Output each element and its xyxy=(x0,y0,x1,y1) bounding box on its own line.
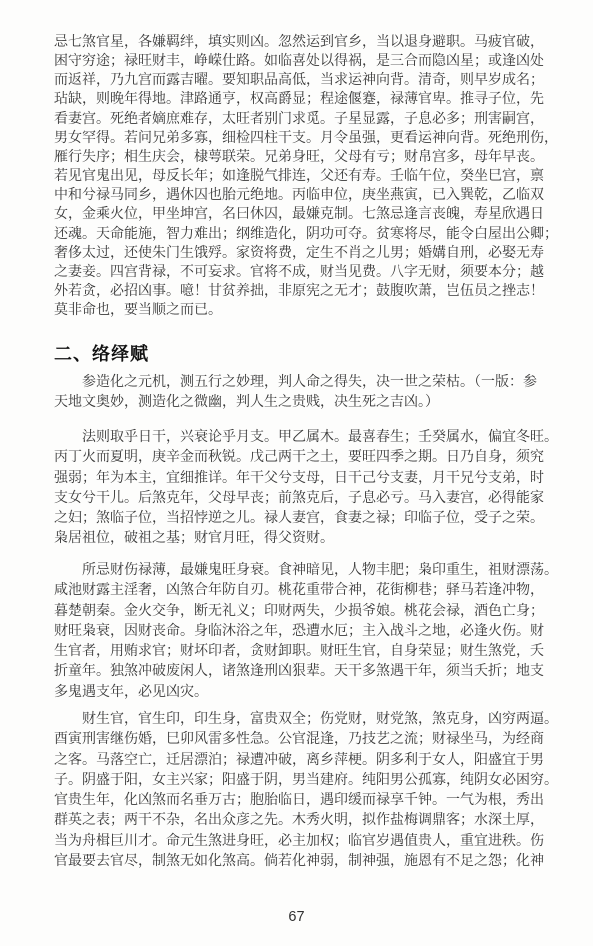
text-line: 天地文奥妙，测造化之微幽，判人生之贵贱，决生死之吉凶。） xyxy=(54,393,546,413)
text-line: 当为舟楫巨川才。命元生煞进身旺，必主加权；临官岁遇值贵人，重宜进秩。伤 xyxy=(54,832,546,852)
text-line: 支女兮干儿。后煞克年，父母早丧；前煞克后，子息必亏。马入妻宫，必得能家 xyxy=(54,489,546,509)
text-line: 财旺枭衰，因财丧命。身临沐浴之年，恐遭水厄；主入战斗之地，必逢火伤。财 xyxy=(54,622,546,642)
text-line: 咸池财露主淫奢，凶煞合年防自刃。桃花重带合神，花街柳巷；驿马若逢冲物， xyxy=(54,581,546,601)
paragraph-taboos: 所忌财伤禄薄，最嫌鬼旺身衰。食神暗见，人物丰肥；枭印重生，祖财漂荡。咸池财露主淫… xyxy=(54,561,546,703)
text-line: 枭居祖位，破祖之基；财官月旺，得父资财。 xyxy=(54,529,546,549)
text-line: 群英之表；两干不杂，名出众彦之先。木秀火明，拟作盐梅调鼎客；水深土厚， xyxy=(54,811,546,831)
text-line: 官最要去官尽，制煞无如化煞高。倘若化神弱，制神强，施恩有不足之怨；化神 xyxy=(54,852,546,872)
text-line: 若见官鬼出见，母反长年；如逢脱气排连，父还有寿。壬临午位，癸坐巳宫，禀 xyxy=(54,167,546,186)
text-line: 之妇；煞临子位，当招悖逆之儿。禄人妻宫，食妻之禄；印临子位，受子之荣。 xyxy=(54,509,546,529)
text-line: 莫非命也，要当顺之而已。 xyxy=(54,301,546,320)
text-line: 忌七煞官星，各嫌羁绊，填实则凶。忽然运到官乡，当以退身避职。马疲官破， xyxy=(54,33,546,52)
book-page: 忌七煞官星，各嫌羁绊，填实则凶。忽然运到官乡，当以退身避职。马疲官破，困守穷途；… xyxy=(0,0,593,946)
paragraph-intro: 参造化之元机，测五行之妙理，判人命之得失，决一世之荣枯。（一版：参天地文奥妙，测… xyxy=(54,373,546,414)
text-line: 男女罕得。若问兄弟多寡，细检四柱干支。月令虽强，更看运神向背。死绝刑伤， xyxy=(54,129,546,148)
text-line: 多鬼遇支年，必见凶灾。 xyxy=(54,683,546,703)
section-heading: 二、络绎赋 xyxy=(54,340,149,366)
text-line: 强弱；年为本主，宜细推详。年干父兮支母，日干己兮支妻，月干兄兮支弟，时 xyxy=(54,469,546,489)
text-line: 而返祥，乃九宫而露吉曜。要知职品高低，当求运神向背。清奇，则早岁成名； xyxy=(54,71,546,90)
text-line: 所忌财伤禄薄，最嫌鬼旺身衰。食神暗见，人物丰肥；枭印重生，祖财漂荡。 xyxy=(54,561,546,581)
paragraph-continued: 忌七煞官星，各嫌羁绊，填实则凶。忽然运到官乡，当以退身避职。马疲官破，困守穷途；… xyxy=(54,33,546,320)
text-line: 财生官，官生印，印生身，富贵双全；伤党财，财党煞，煞克身，凶穷两逼。 xyxy=(54,710,546,730)
paragraph-rules: 法则取乎日干，兴衰论乎月支。甲乙属木。最喜春生；壬癸属水，偏宜冬旺。丙丁火而夏明… xyxy=(54,428,546,550)
text-line: 之妻妾。四宫背禄，不可妄求。官将不成，财当见费。八字无财，须要本分；越 xyxy=(54,263,546,282)
text-line: 女，金乘火位，甲坐坤宫，名曰休囚，最嫌克制。七煞忌逢言丧魄，寿星欣遇日 xyxy=(54,205,546,224)
text-line: 法则取乎日干，兴衰论乎月支。甲乙属木。最喜春生；壬癸属水，偏宜冬旺。 xyxy=(54,428,546,448)
page-number: 67 xyxy=(0,909,593,925)
text-line: 生官者，用贿求官；财坏印者，贪财卸职。财旺生官，自身荣显；财生煞党，夭 xyxy=(54,642,546,662)
text-line: 中和兮禄马同乡，遇休囚也胎元绝地。丙临申位，庚坐燕寅，已入巽乾，乙临双 xyxy=(54,186,546,205)
text-line: 酉寅刑害继伤婚，巳卯风雷多性急。公官混逢，乃技艺之流；财禄坐马，为经商 xyxy=(54,730,546,750)
text-line: 之客。马落空亡，迁居漂泊；禄遭冲破，离乡萍梗。阴多利于女人，阳盛宜于男 xyxy=(54,751,546,771)
text-line: 玷缺，则晚年得地。津路通亨，权高爵显；程途偃蹇，禄薄官卑。推寻子位，先 xyxy=(54,90,546,109)
paragraph-wealth-officer: 财生官，官生印，印生身，富贵双全；伤党财，财党煞，煞克身，凶穷两逼。酉寅刑害继伤… xyxy=(54,710,546,872)
text-line: 丙丁火而夏明，庚辛金而秋锐。戊己两干之土，要旺四季之期。日乃自身，须究 xyxy=(54,448,546,468)
text-line: 雁行失序；相生庆会，棣萼联荣。兄弟身旺，父母有亏；财帛宫多，母年早丧。 xyxy=(54,148,546,167)
text-line: 暮楚朝秦。金火交争，断无礼义；印财两失，少损爷娘。桃花会禄，酒色亡身； xyxy=(54,602,546,622)
text-line: 子。阴盛于阳，女主兴家；阳盛于阴，男当建府。纯阳男公孤寡，纯阴女必困穷。 xyxy=(54,771,546,791)
text-line: 奢侈太过，还使朱门生饿殍。家资将费，定生不肖之儿男；婚媾自刑，必娶无寿 xyxy=(54,244,546,263)
text-line: 还魂。天命能施，智力难出；纲维造化，阴功可夺。贫寒将尽，能令白屋出公卿； xyxy=(54,225,546,244)
text-line: 困守穷途；禄旺财丰，峥嵘仕路。如临喜处以得祸，是三合而隐凶星；或逢凶处 xyxy=(54,52,546,71)
text-line: 参造化之元机，测五行之妙理，判人命之得失，决一世之荣枯。（一版：参 xyxy=(54,373,546,393)
text-line: 外若贪，必招凶事。噫！甘贫养拙，非原宪之无才；鼓腹吹萧，岂伍员之挫志！ xyxy=(54,282,546,301)
text-line: 官贵生年，化凶煞而名垂万古；胞胎临日，遇印缓而禄享千钟。一气为根，秀出 xyxy=(54,791,546,811)
text-line: 看妻宫。死绝者嫡庶难存，太旺者别门求觅。子星显露，子息必多；刑害嗣宫， xyxy=(54,110,546,129)
text-line: 折童年。独煞冲破废闲人，诸煞逢刑凶狠辈。天干多煞遇干年，须当夭折；地支 xyxy=(54,662,546,682)
